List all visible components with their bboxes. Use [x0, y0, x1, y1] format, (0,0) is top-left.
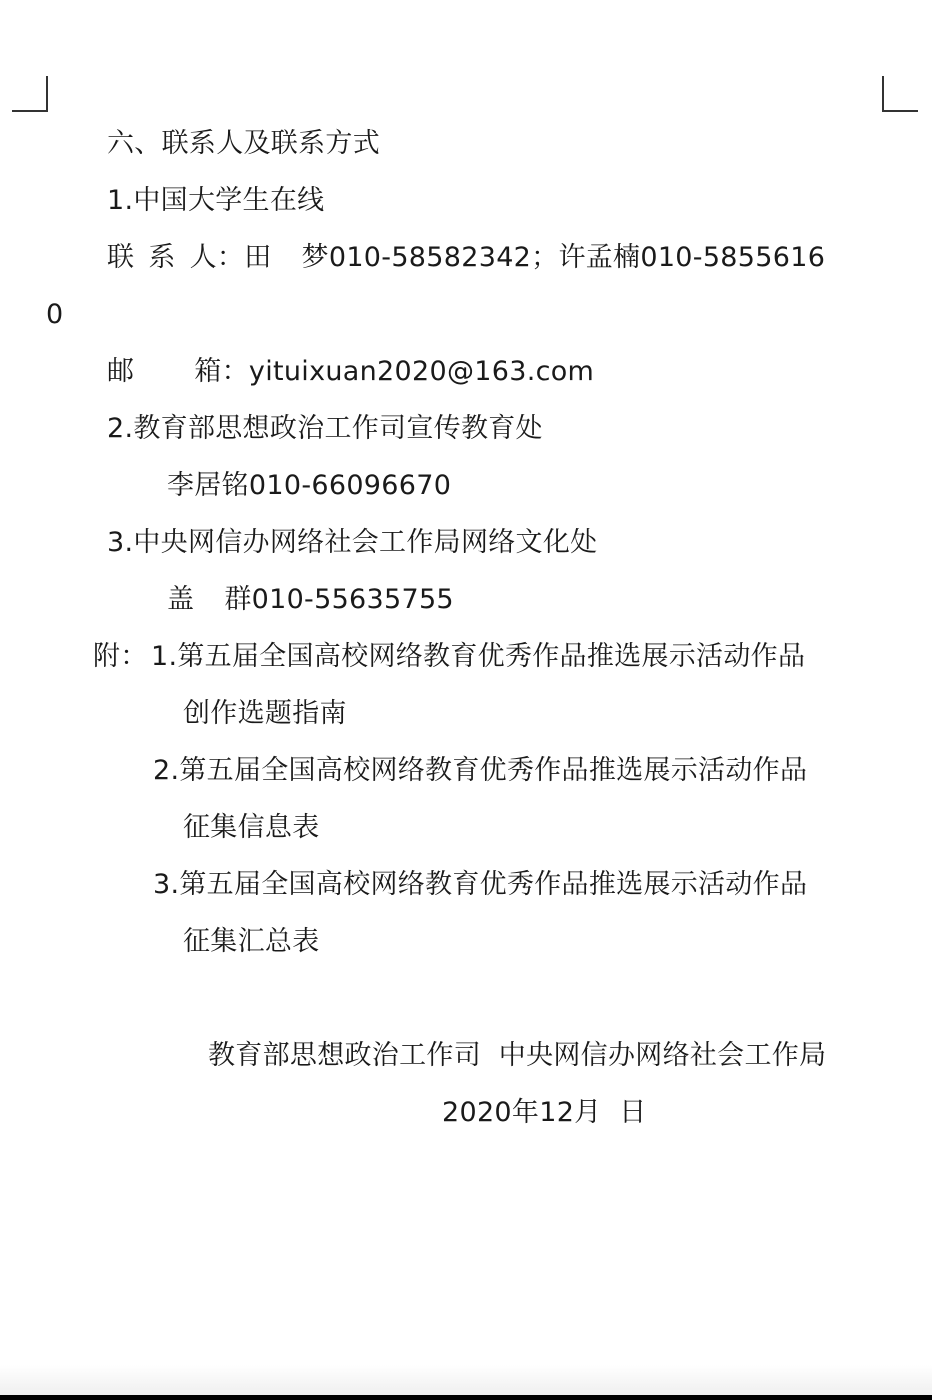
org1-email-line: 邮箱：yituixuan2020@163.com [107, 352, 594, 392]
org3-contact: 盖群010-55635755 [167, 580, 454, 620]
contact-person: 田 [244, 242, 271, 273]
signature-issuers: 教育部思想政治工作司 中央网信办网络社会工作局 [208, 1036, 826, 1076]
page-bottom-shadow [0, 1365, 932, 1395]
attachment-item-1-cont: 创作选题指南 [183, 694, 347, 734]
attachment-item-1: 1.第五届全国高校网络教育优秀作品推选展示活动作品 [151, 637, 805, 677]
page-bottom-bar [0, 1395, 932, 1400]
org2-contact: 李居铭010-66096670 [167, 466, 451, 506]
org3-title: 3.中央网信办网络社会工作局网络文化处 [107, 523, 597, 563]
contact-label-char: 联 [107, 242, 134, 273]
org1-title: 1.中国大学生在线 [107, 181, 324, 221]
email-label: 邮 [107, 356, 134, 387]
page-corner-mark-top-left [12, 76, 48, 112]
email-label: 箱： [194, 356, 249, 387]
contact-label-char: 系 [148, 242, 175, 273]
signature-date: 2020年12月 日 [442, 1093, 647, 1133]
attachment-label: 附： [93, 637, 148, 677]
attachment-item-3: 3.第五届全国高校网络教育优秀作品推选展示活动作品 [153, 865, 807, 905]
attachment-item-2: 2.第五届全国高校网络教育优秀作品推选展示活动作品 [153, 751, 807, 791]
contact-label-char: 人： [190, 242, 245, 273]
attachment-item-3-cont: 征集汇总表 [183, 922, 320, 962]
page-corner-mark-top-right [882, 76, 918, 112]
org2-title: 2.教育部思想政治工作司宣传教育处 [107, 409, 543, 449]
org1-contact-line: 联系人：田梦010-58582342；许孟楠010-5855616 [107, 238, 825, 278]
contact-phone: 群010-55635755 [224, 584, 454, 615]
contact-phones: 梦010-58582342；许孟楠010-5855616 [302, 242, 826, 273]
email-address: yituixuan2020@163.com [249, 356, 594, 387]
section-heading: 六、联系人及联系方式 [107, 124, 380, 164]
org1-contact-wrap: 0 [46, 295, 63, 335]
contact-person: 盖 [167, 584, 194, 615]
attachment-item-2-cont: 征集信息表 [183, 808, 320, 848]
